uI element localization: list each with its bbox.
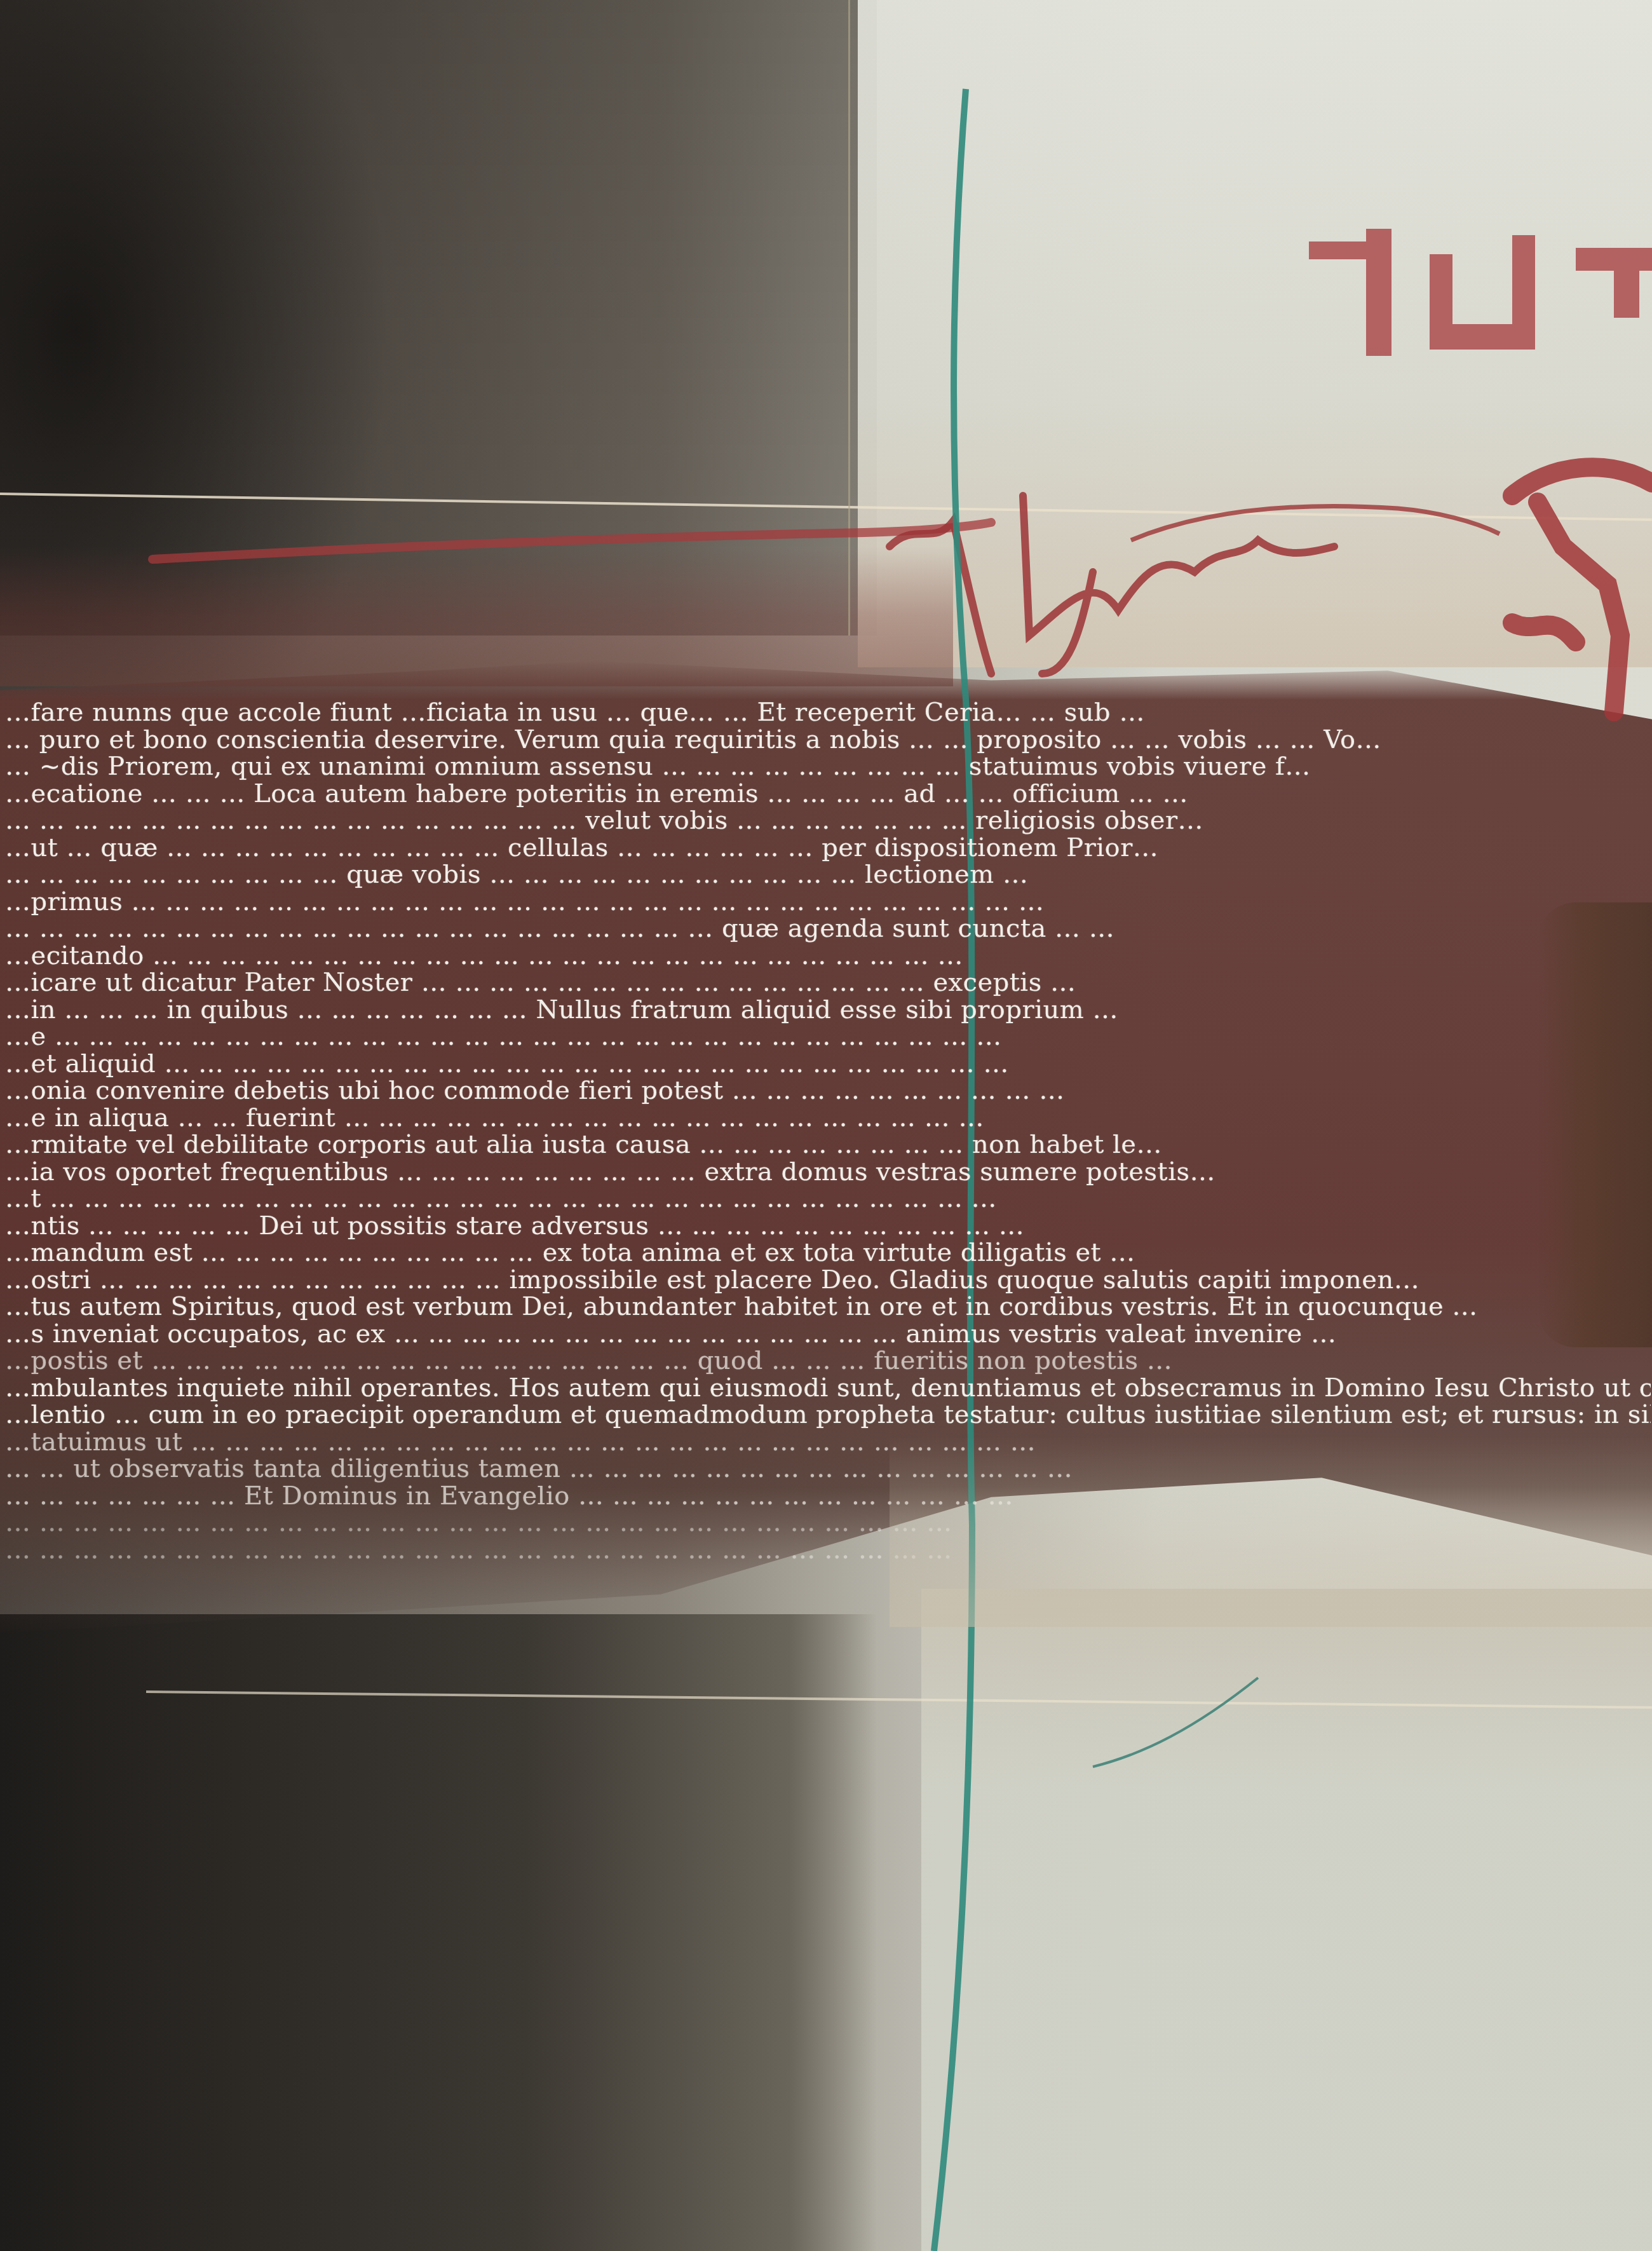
text-line: …tus autem Spiritus, quod est verbum Dei…: [5, 1293, 1651, 1321]
text-line: …ostri … … … … … … … … … … … … impossibi…: [5, 1267, 1651, 1294]
text-line: … … … … … … … … … … … … … … … … … velut …: [5, 807, 1651, 834]
text-line: …ut … quæ … … … … … … … … … … cellulas ……: [5, 834, 1651, 862]
text-line: …ia vos oportet frequentibus … … … … … ……: [5, 1159, 1651, 1186]
text-line: …et aliquid … … … … … … … … … … … … … … …: [5, 1051, 1651, 1078]
text-line: …rmitate vel debilitate corporis aut ali…: [5, 1131, 1651, 1159]
text-band-fade-lower-right: [890, 1436, 1652, 1627]
text-line: …mandum est … … … … … … … … … … ex tota …: [5, 1239, 1651, 1267]
text-line: …postis et … … … … … … … … … … … … … … ……: [5, 1347, 1651, 1375]
text-line: …in … … … in quibus … … … … … … … Nullus…: [5, 996, 1651, 1024]
text-line: …mbulantes inquiete nihil operantes. Hos…: [5, 1375, 1651, 1402]
text-line: … … … … … … … … … … quæ vobis … … … … … …: [5, 861, 1651, 888]
text-line: …ecatione … … … Loca autem habere poteri…: [5, 780, 1651, 808]
text-line: …primus … … … … … … … … … … … … … … … … …: [5, 888, 1651, 916]
teal-thin-branch: [1093, 1678, 1258, 1767]
artwork-canvas: …fare nunns que accole fiunt …ficiata in…: [0, 0, 1652, 2251]
text-line: …t … … … … … … … … … … … … … … … … … … ……: [5, 1185, 1651, 1213]
text-line: …fare nunns que accole fiunt …ficiata in…: [5, 699, 1651, 726]
red-block-letters-icon: [1309, 229, 1652, 356]
text-line: … puro et bono conscientia deservire. Ve…: [5, 726, 1651, 754]
text-line: … … … … … … … … … … … … … … … … … … … … …: [5, 915, 1651, 942]
latin-text-block: …fare nunns que accole fiunt …ficiata in…: [5, 699, 1651, 1563]
text-line: …onia convenire debetis ubi hoc commode …: [5, 1077, 1651, 1105]
text-line: …lentio … cum in eo praecipit operandum …: [5, 1401, 1651, 1429]
text-line: …ntis … … … … … Dei ut possitis stare ad…: [5, 1213, 1651, 1240]
red-arc-stroke: [1131, 507, 1500, 540]
red-horizontal-stroke: [152, 522, 991, 559]
text-line: …e in aliqua … … fuerint … … … … … … … ……: [5, 1105, 1651, 1132]
text-line: …s inveniat occupatos, ac ex … … … … … ……: [5, 1321, 1651, 1348]
text-line: …icare ut dicatur Pater Noster … … … … ……: [5, 969, 1651, 996]
red-large-glyph: [1512, 467, 1652, 712]
text-line: … ~dis Priorem, qui ex unanimi omnium as…: [5, 753, 1651, 780]
text-line: …ecitando … … … … … … … … … … … … … … … …: [5, 942, 1651, 970]
text-line: …e … … … … … … … … … … … … … … … … … … ……: [5, 1023, 1651, 1051]
